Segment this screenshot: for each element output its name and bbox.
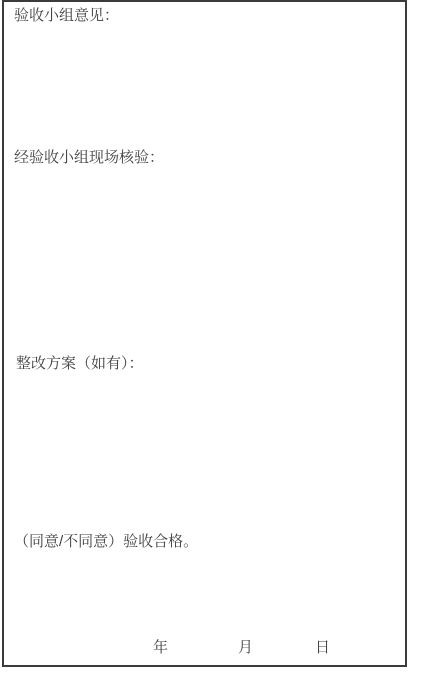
date-day-label: 日 [315,640,330,656]
acceptance-form-box: 验收小组意见： 经验收小组现场核验： 整改方案（如有）： （同意/不同意）验收合… [2,0,407,667]
date-month-label: 月 [238,640,253,656]
acceptance-conclusion-label: （同意/不同意）验收合格。 [14,534,198,550]
rectification-plan-label: 整改方案（如有）： [16,356,144,372]
onsite-verification-label: 经验收小组现场核验： [14,150,164,166]
date-line: 年 月 日 [4,640,405,658]
acceptance-team-opinion-label: 验收小组意见： [14,8,119,24]
date-year-label: 年 [153,640,168,656]
